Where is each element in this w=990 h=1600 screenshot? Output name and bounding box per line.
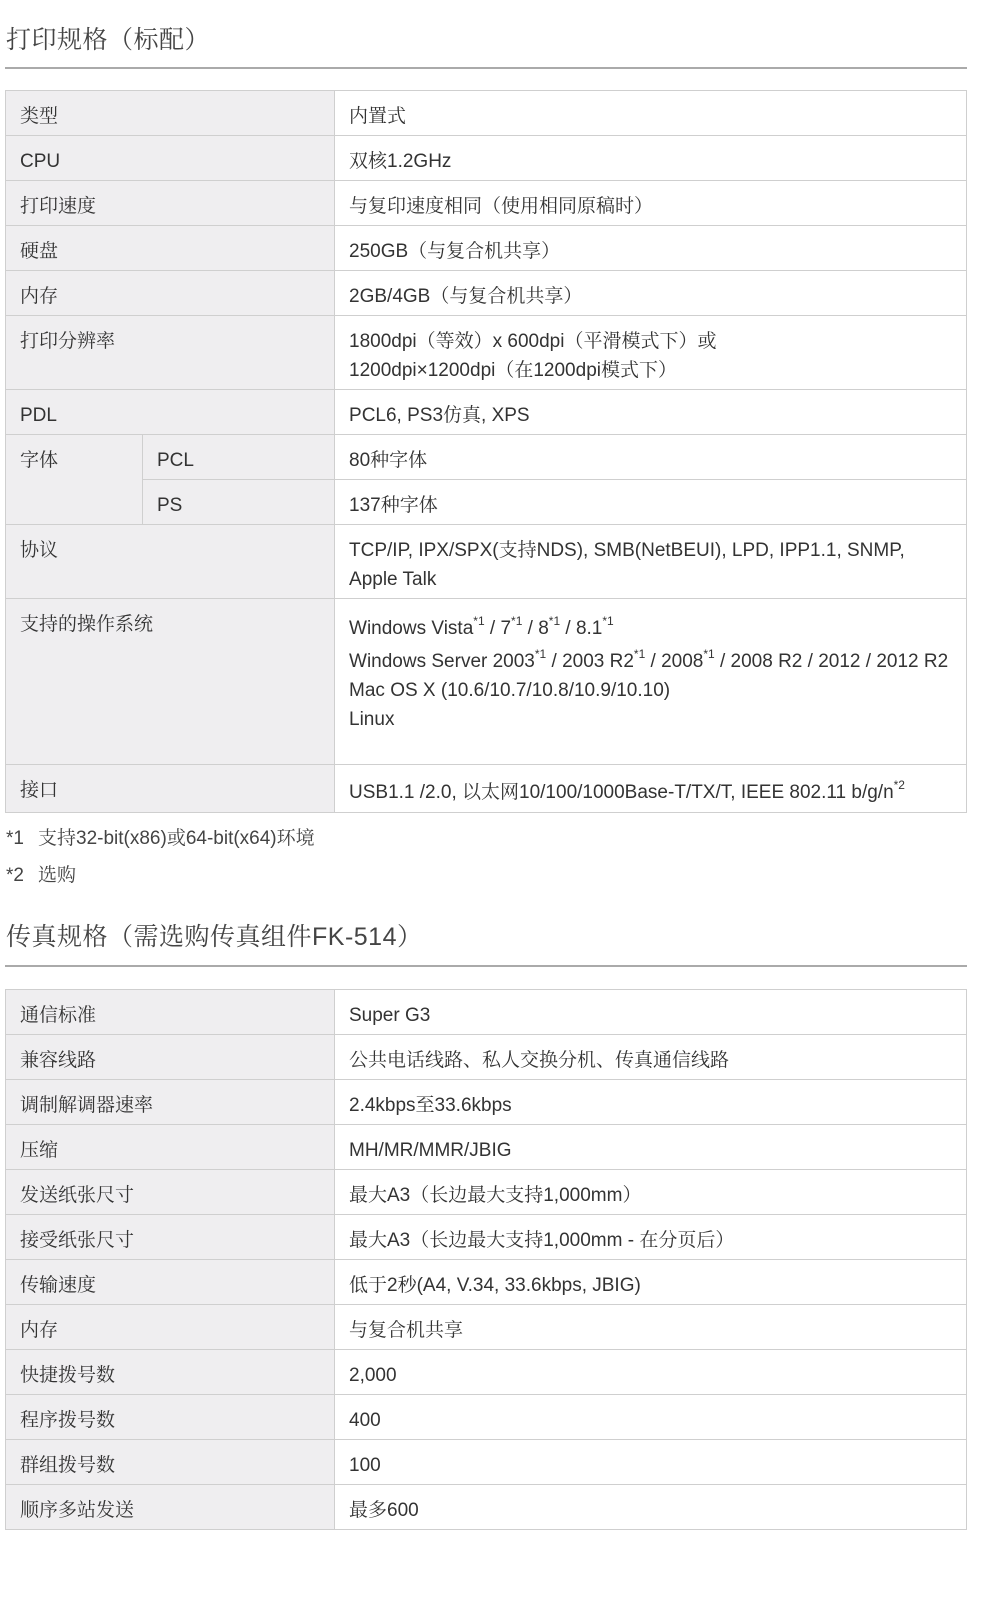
os-item: / 2008 (645, 651, 703, 672)
row-value: Super G3 (335, 990, 967, 1035)
row-value: 双核1.2GHz (335, 136, 967, 181)
footnote-mark: *2 (6, 863, 38, 889)
table-row: 打印分辨率 1800dpi（等效）x 600dpi（平滑模式下）或 1200dp… (6, 316, 967, 390)
section-divider (5, 965, 967, 967)
table-row: 通信标准Super G3 (6, 990, 967, 1035)
table-row: 快捷拨号数2,000 (6, 1350, 967, 1395)
row-label: 协议 (6, 525, 335, 599)
os-item: / 7 (485, 618, 511, 639)
row-value: 1800dpi（等效）x 600dpi（平滑模式下）或 1200dpi×1200… (335, 316, 967, 390)
section-divider (5, 67, 967, 69)
row-label: 兼容线路 (6, 1035, 335, 1080)
row-value: Windows Vista*1 / 7*1 / 8*1 / 8.1*1 Wind… (335, 599, 967, 765)
footnote-text: 支持32-bit(x86)或64-bit(x64)环境 (38, 828, 315, 849)
row-label: 打印速度 (6, 181, 335, 226)
footnote-ref: *1 (549, 614, 560, 628)
table-row: 打印速度 与复印速度相同（使用相同原稿时） (6, 181, 967, 226)
footnote-ref: *2 (894, 778, 905, 792)
table-row: 字体 PCL 80种字体 (6, 435, 967, 480)
table-row: 群组拨号数100 (6, 1440, 967, 1485)
row-value: PCL6, PS3仿真, XPS (335, 390, 967, 435)
footnote-mark: *1 (6, 826, 38, 852)
row-label: 顺序多站发送 (6, 1485, 335, 1530)
row-label: 传输速度 (6, 1260, 335, 1305)
row-label: 内存 (6, 1305, 335, 1350)
table-row: CPU 双核1.2GHz (6, 136, 967, 181)
row-label: 快捷拨号数 (6, 1350, 335, 1395)
row-value: USB1.1 /2.0, 以太网10/100/1000Base-T/TX/T, … (335, 765, 967, 813)
os-item: Windows Vista (349, 618, 473, 639)
row-value: 最多600 (335, 1485, 967, 1530)
os-item: / 8.1 (560, 618, 602, 639)
table-row: 压缩MH/MR/MMR/JBIG (6, 1125, 967, 1170)
footnote-ref: *1 (634, 647, 645, 661)
row-value: TCP/IP, IPX/SPX(支持NDS), SMB(NetBEUI), LP… (335, 525, 967, 599)
sub-label: PCL (143, 435, 335, 480)
row-value: 内置式 (335, 91, 967, 136)
fax-spec-table: 通信标准Super G3 兼容线路公共电话线路、私人交换分机、传真通信线路 调制… (5, 989, 967, 1530)
row-value: 250GB（与复合机共享） (335, 226, 967, 271)
os-item: / 2008 R2 / 2012 / 2012 R2 (715, 651, 948, 672)
os-line-mac: Mac OS X (10.6/10.7/10.8/10.9/10.10) (349, 676, 952, 705)
row-value: MH/MR/MMR/JBIG (335, 1125, 967, 1170)
row-value: 低于2秒(A4, V.34, 33.6kbps, JBIG) (335, 1260, 967, 1305)
fax-spec-title: 传真规格（需选购传真组件FK-514） (6, 922, 422, 952)
table-row: PDL PCL6, PS3仿真, XPS (6, 390, 967, 435)
row-label: 调制解调器速率 (6, 1080, 335, 1125)
row-label: PDL (6, 390, 335, 435)
row-label: 类型 (6, 91, 335, 136)
table-row: 程序拨号数400 (6, 1395, 967, 1440)
print-spec-title: 打印规格（标配） (6, 25, 210, 55)
row-value: 与复印速度相同（使用相同原稿时） (335, 181, 967, 226)
row-label: 字体 (6, 435, 143, 525)
table-row: 协议 TCP/IP, IPX/SPX(支持NDS), SMB(NetBEUI),… (6, 525, 967, 599)
footnote: *2选购 (6, 863, 315, 900)
row-value: 最大A3（长边最大支持1,000mm） (335, 1170, 967, 1215)
row-label: 硬盘 (6, 226, 335, 271)
table-row: 接受纸张尺寸最大A3（长边最大支持1,000mm - 在分页后） (6, 1215, 967, 1260)
value-line: 1200dpi×1200dpi（在1200dpi模式下） (349, 356, 952, 385)
footnote-ref: *1 (473, 614, 484, 628)
table-row: 兼容线路公共电话线路、私人交换分机、传真通信线路 (6, 1035, 967, 1080)
row-value: 2GB/4GB（与复合机共享） (335, 271, 967, 316)
footnotes: *1支持32-bit(x86)或64-bit(x64)环境 *2选购 (6, 826, 315, 900)
row-value: 2.4kbps至33.6kbps (335, 1080, 967, 1125)
footnote-ref: *1 (511, 614, 522, 628)
footnote-text: 选购 (38, 865, 76, 886)
row-label: 程序拨号数 (6, 1395, 335, 1440)
table-row: 接口 USB1.1 /2.0, 以太网10/100/1000Base-T/TX/… (6, 765, 967, 813)
os-line-linux: Linux (349, 705, 952, 734)
row-label: 发送纸张尺寸 (6, 1170, 335, 1215)
print-spec-table: 类型 内置式 CPU 双核1.2GHz 打印速度 与复印速度相同（使用相同原稿时… (5, 90, 967, 813)
value-line: 1800dpi（等效）x 600dpi（平滑模式下）或 (349, 327, 952, 356)
table-row: 支持的操作系统 Windows Vista*1 / 7*1 / 8*1 / 8.… (6, 599, 967, 765)
table-row: PS 137种字体 (6, 480, 967, 525)
table-row: 顺序多站发送最多600 (6, 1485, 967, 1530)
row-label: 接受纸张尺寸 (6, 1215, 335, 1260)
row-value: 最大A3（长边最大支持1,000mm - 在分页后） (335, 1215, 967, 1260)
interface-value: USB1.1 /2.0, 以太网10/100/1000Base-T/TX/T, … (349, 782, 894, 803)
table-row: 内存与复合机共享 (6, 1305, 967, 1350)
table-row: 类型 内置式 (6, 91, 967, 136)
row-value: 100 (335, 1440, 967, 1485)
row-label: CPU (6, 136, 335, 181)
row-value: 400 (335, 1395, 967, 1440)
sub-label: PS (143, 480, 335, 525)
row-label: 接口 (6, 765, 335, 813)
table-row: 发送纸张尺寸最大A3（长边最大支持1,000mm） (6, 1170, 967, 1215)
footnote-ref: *1 (703, 647, 714, 661)
table-row: 内存 2GB/4GB（与复合机共享） (6, 271, 967, 316)
row-value: 137种字体 (335, 480, 967, 525)
footnote: *1支持32-bit(x86)或64-bit(x64)环境 (6, 826, 315, 863)
table-row: 传输速度低于2秒(A4, V.34, 33.6kbps, JBIG) (6, 1260, 967, 1305)
os-item: / 8 (522, 618, 548, 639)
row-label: 打印分辨率 (6, 316, 335, 390)
table-row: 调制解调器速率2.4kbps至33.6kbps (6, 1080, 967, 1125)
row-value: 与复合机共享 (335, 1305, 967, 1350)
row-label: 通信标准 (6, 990, 335, 1035)
row-label: 群组拨号数 (6, 1440, 335, 1485)
os-item: / 2003 R2 (546, 651, 634, 672)
row-label: 压缩 (6, 1125, 335, 1170)
row-label: 内存 (6, 271, 335, 316)
os-item: Windows Server 2003 (349, 651, 535, 672)
footnote-ref: *1 (602, 614, 613, 628)
os-line-windows-server: Windows Server 2003*1 / 2003 R2*1 / 2008… (349, 644, 952, 676)
os-line-windows: Windows Vista*1 / 7*1 / 8*1 / 8.1*1 (349, 613, 952, 644)
table-row: 硬盘 250GB（与复合机共享） (6, 226, 967, 271)
row-value: 2,000 (335, 1350, 967, 1395)
row-value: 80种字体 (335, 435, 967, 480)
row-label: 支持的操作系统 (6, 599, 335, 765)
footnote-ref: *1 (535, 647, 546, 661)
row-value: 公共电话线路、私人交换分机、传真通信线路 (335, 1035, 967, 1080)
